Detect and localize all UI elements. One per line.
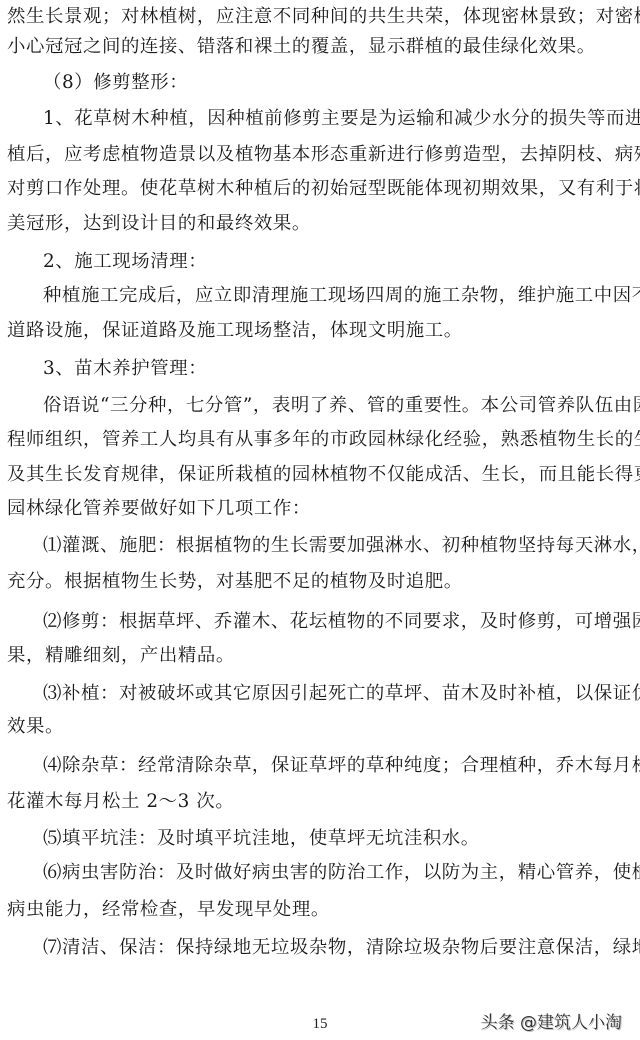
document-page: 然生长景观；对林植树，应注意不同种间的共生共荣，体现密林景致；对密植花木，应小心… xyxy=(0,0,640,1040)
text-line: 果，精雕细刻，产出精品。 xyxy=(7,644,639,668)
text-line: 充分。根据植物生长势，对基肥不足的植物及时追肥。 xyxy=(7,570,639,594)
text-line: 程师组织，管养工人均具有从事多年的市政园林绿化经验，熟悉植物生长的生物学特性， xyxy=(7,428,639,452)
text-line: 1、花草树木种植，因种植前修剪主要是为运输和减少水分的损失等而进行的，种 xyxy=(43,107,639,131)
text-line: 3、苗木养护管理： xyxy=(43,357,639,381)
text-line: 2、施工现场清理： xyxy=(43,250,639,274)
text-line: 然生长景观；对林植树，应注意不同种间的共生共荣，体现密林景致；对密植花木，应 xyxy=(7,5,639,29)
watermark: 头条 @建筑人小淘 xyxy=(481,1008,622,1033)
text-line: ⑸填平坑洼：及时填平坑洼地，使草坪无坑洼积水。 xyxy=(43,827,639,851)
text-line: ⑺清洁、保洁：保持绿地无垃圾杂物，清除垃圾杂物后要注意保洁，绿地一有垃圾， xyxy=(43,936,639,960)
text-line: 植后，应考虑植物造景以及植物基本形态重新进行修剪造型，去掉阴枝、病残枝等，并 xyxy=(7,143,639,167)
text-line: ⑷除杂草：经常清除杂草，保证草坪的草种纯度；合理植种，乔木每月松土二次， xyxy=(43,754,639,778)
text-line: 及其生长发育规律，保证所栽植的园林植物不仅能成活、生长，而且能长得更好、更美。 xyxy=(7,463,639,487)
text-line: 美冠形，达到设计目的和最终效果。 xyxy=(7,212,639,236)
text-line: 道路设施，保证道路及施工现场整洁，体现文明施工。 xyxy=(7,319,639,343)
text-line: 俗语说“三分种，七分管”，表明了养、管的重要性。本公司管养队伍由园林专业工 xyxy=(43,394,639,418)
text-line: 对剪口作处理。使花草树木种植后的初始冠型既能体现初期效果，又有利于将来形成优 xyxy=(7,177,639,201)
text-line: ⑹病虫害防治：及时做好病虫害的防治工作，以防为主，精心管养，使植物增强抗 xyxy=(43,861,639,885)
text-line: 种植施工完成后，应立即清理施工现场四周的施工杂物，维护施工中因不慎破坏的 xyxy=(43,284,639,308)
text-line: 园林绿化管养要做好如下几项工作： xyxy=(7,497,639,521)
text-line: ⑴灌溉、施肥：根据植物的生长需要加强淋水、初种植物坚持每天淋水，淋水必需 xyxy=(43,534,639,558)
text-line: 病虫能力，经常检查，早发现早处理。 xyxy=(7,898,639,922)
text-line: （8）修剪整形： xyxy=(43,71,639,95)
text-line: ⑶补植：对被破坏或其它原因引起死亡的草坪、苗木及时补植，以保证优良的景观 xyxy=(43,682,639,706)
text-line: ⑵修剪：根据草坪、乔灌木、花坛植物的不同要求，及时修剪，可增强园林美化效 xyxy=(43,610,639,634)
text-line: 花灌木每月松土 2～3 次。 xyxy=(7,790,639,814)
text-line: 效果。 xyxy=(7,715,639,739)
text-line: 小心冠冠之间的连接、错落和裸土的覆盖，显示群植的最佳绿化效果。 xyxy=(7,35,639,59)
